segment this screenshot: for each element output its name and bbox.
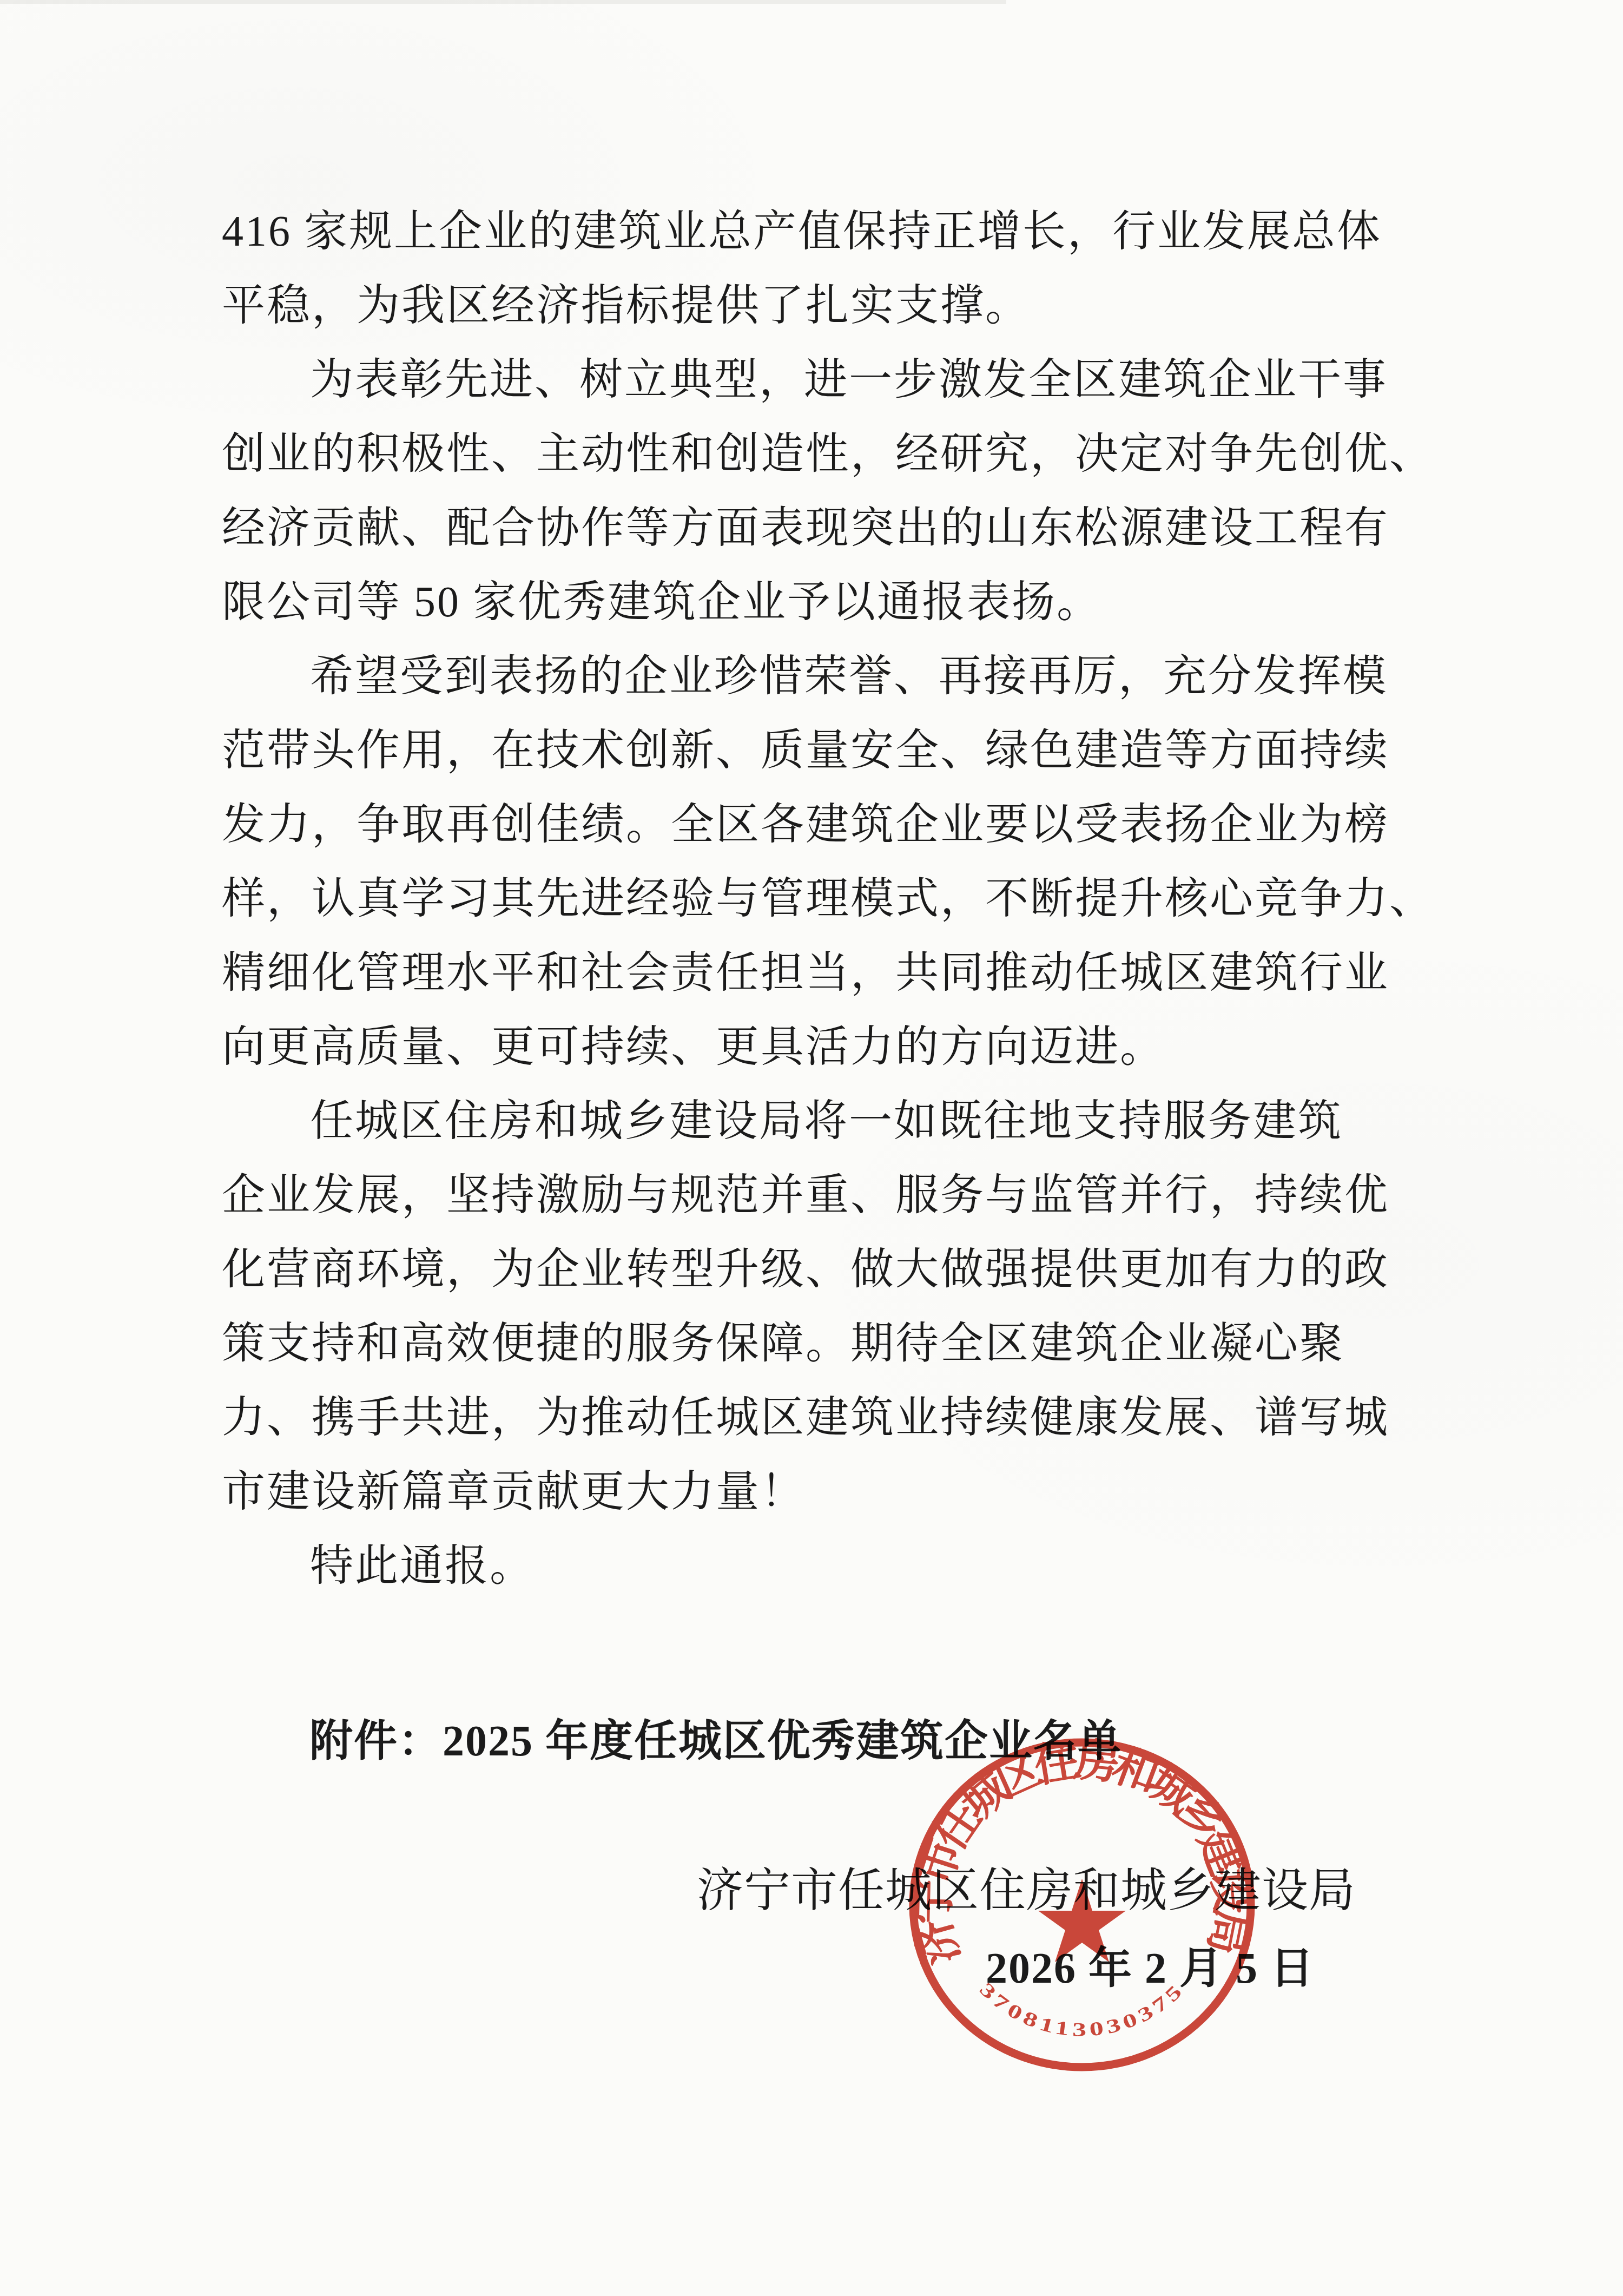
body-line: 为表彰先进、树立典型，进一步激发全区建筑企业干事 <box>222 343 1412 417</box>
body-line: 范带头作用，在技术创新、质量安全、绿色建造等方面持续 <box>222 714 1412 788</box>
body-line: 力、携手共进，为推动任城区建筑业持续健康发展、谱写城 <box>222 1381 1412 1455</box>
body-line: 企业发展，坚持激励与规范并重、服务与监管并行，持续优 <box>222 1159 1412 1233</box>
body-line: 精细化管理水平和社会责任担当，共同推动任城区建筑行业 <box>222 936 1412 1010</box>
body-line: 向更高质量、更可持续、更具活力的方向迈进。 <box>222 1010 1412 1084</box>
body-line: 发力，争取再创佳绩。全区各建筑企业要以受表扬企业为榜 <box>222 788 1412 862</box>
body-line: 任城区住房和城乡建设局将一如既往地支持服务建筑 <box>222 1084 1412 1159</box>
body-line: 希望受到表扬的企业珍惜荣誉、再接再厉，充分发挥模 <box>222 640 1412 714</box>
body-line: 市建设新篇章贡献更大力量！ <box>222 1455 1412 1529</box>
body-line: 限公司等 50 家优秀建筑企业予以通报表扬。 <box>222 565 1412 640</box>
notice-body: 416 家规上企业的建筑业总产值保持正增长，行业发展总体平稳，为我区经济指标提供… <box>222 195 1412 1603</box>
body-line: 特此通报。 <box>222 1529 1412 1603</box>
body-line: 创业的积极性、主动性和创造性，经研究，决定对争先创优、 <box>222 417 1412 491</box>
seal-serial-number: 3708113030375 <box>975 1978 1189 2041</box>
body-line: 经济贡献、配合协作等方面表现突出的山东松源建设工程有 <box>222 491 1412 565</box>
seal-star-icon <box>1038 1879 1126 1962</box>
document-page: 416 家规上企业的建筑业总产值保持正增长，行业发展总体平稳，为我区经济指标提供… <box>0 0 1623 2296</box>
body-line: 策支持和高效便捷的服务保障。期待全区建筑企业凝心聚 <box>222 1307 1412 1381</box>
official-seal: 济宁市任城区住房和城乡建设局 3708113030375 <box>901 1734 1263 2075</box>
body-line: 化营商环境，为企业转型升级、做大做强提供更加有力的政 <box>222 1233 1412 1307</box>
body-line: 平稳，为我区经济指标提供了扎实支撑。 <box>222 269 1412 343</box>
body-line: 416 家规上企业的建筑业总产值保持正增长，行业发展总体 <box>222 195 1412 269</box>
body-line: 样，认真学习其先进经验与管理模式，不断提升核心竞争力、 <box>222 862 1412 936</box>
